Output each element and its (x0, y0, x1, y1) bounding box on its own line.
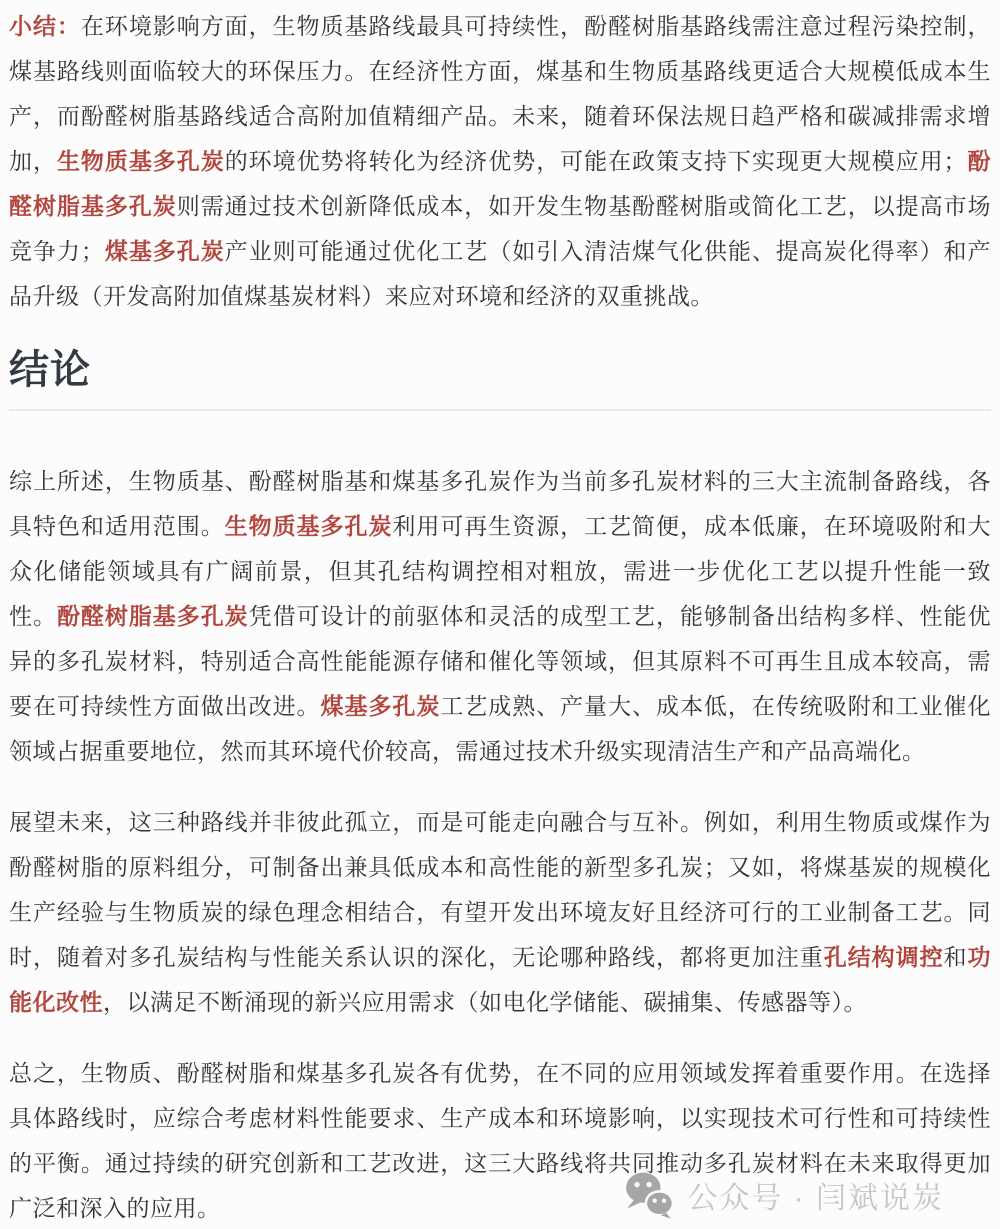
conclusion-section: 综上所述，生物质基、酚醛树脂基和煤基多孔炭作为当前多孔炭材料的三大主流制备路线，… (9, 459, 991, 1229)
summary-section: 小结：在环境影响方面，生物质基路线最具可持续性，酚醛树脂基路线需注意过程污染控制… (9, 4, 991, 319)
paragraph: 小结：在环境影响方面，生物质基路线最具可持续性，酚醛树脂基路线需注意过程污染控制… (9, 4, 991, 319)
article-page: 小结：在环境影响方面，生物质基路线最具可持续性，酚醛树脂基路线需注意过程污染控制… (0, 0, 1000, 1229)
highlighted-text: 小结： (9, 13, 81, 39)
highlighted-text: 生物质基多孔炭 (57, 148, 225, 174)
section-heading: 结论 (9, 345, 991, 395)
highlighted-text: 孔结构调控 (824, 944, 944, 970)
wechat-logo-icon (623, 1171, 675, 1219)
highlighted-text: 酚醛树脂基多孔炭 (57, 603, 249, 629)
article-body: 小结：在环境影响方面，生物质基路线最具可持续性，酚醛树脂基路线需注意过程污染控制… (0, 0, 1000, 1229)
section-divider (9, 409, 991, 411)
watermark: 公众号 · 闫斌说炭 (623, 1171, 944, 1219)
text-run: ，以满足不断涌现的新兴应用需求（如电化学储能、碳捕集、传感器等）。 (103, 989, 867, 1015)
paragraph: 展望未来，这三种路线并非彼此孤立，而是可能走向融合与互补。例如，利用生物质或煤作… (9, 800, 991, 1025)
highlighted-text: 煤基多孔炭 (321, 693, 441, 719)
watermark-label: 公众号 · 闫斌说炭 (687, 1173, 944, 1217)
paragraph: 综上所述，生物质基、酚醛树脂基和煤基多孔炭作为当前多孔炭材料的三大主流制备路线，… (9, 459, 991, 774)
highlighted-text: 生物质基多孔炭 (225, 513, 393, 539)
highlighted-text: 煤基多孔炭 (104, 238, 224, 264)
text-run: 和 (944, 944, 968, 970)
text-run: 的环境优势将转化为经济优势，可能在政策支持下实现更大规模应用； (225, 148, 967, 174)
